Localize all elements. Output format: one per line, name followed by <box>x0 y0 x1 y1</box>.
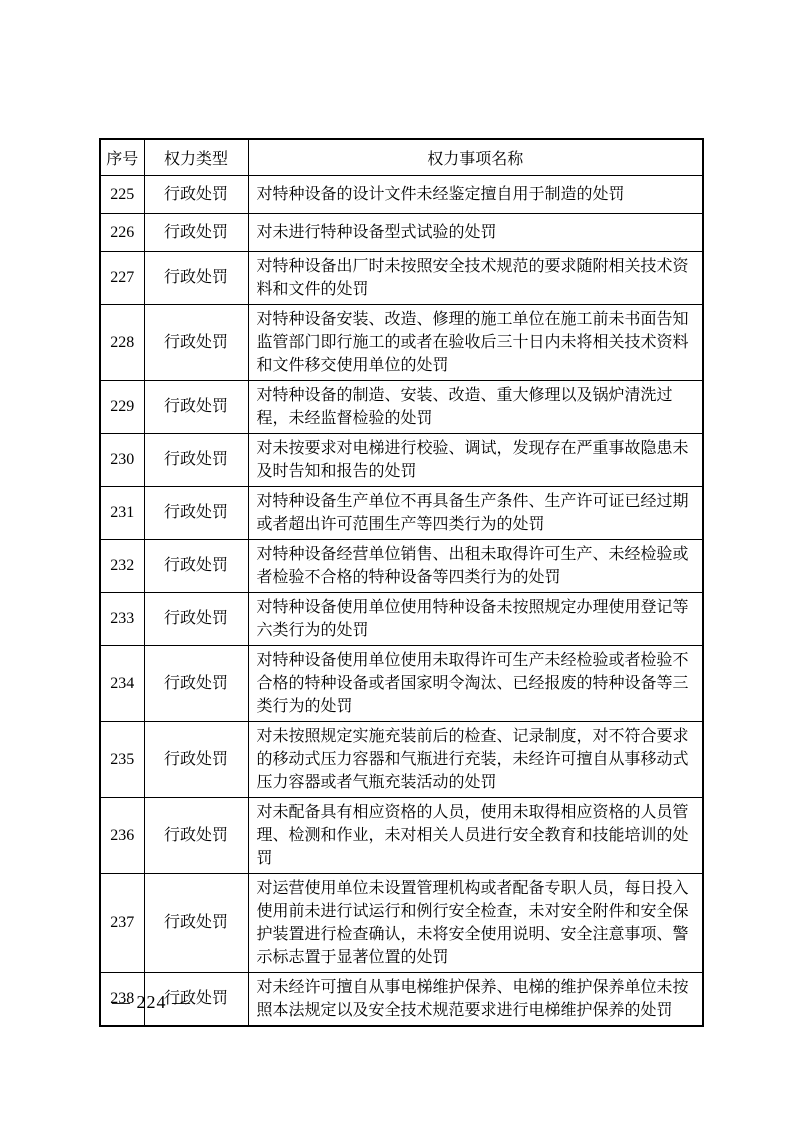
row-power-item-name: 对未经许可擅自从事电梯维护保养、电梯的维护保养单位未按照本法规定以及安全技术规范… <box>248 972 703 1026</box>
row-serial-number: 234 <box>100 645 144 721</box>
row-serial-number: 226 <box>100 213 144 251</box>
page-number-footer: — 224 — <box>112 992 191 1013</box>
table-row: 226 行政处罚 对未进行特种设备型式试验的处罚 <box>100 213 703 251</box>
table-row: 232 行政处罚 对特种设备经营单位销售、出租未取得许可生产、未经检验或者检验不… <box>100 539 703 592</box>
row-power-item-name: 对特种设备的设计文件未经鉴定擅自用于制造的处罚 <box>248 175 703 213</box>
row-power-item-name: 对未配备具有相应资格的人员，使用未取得相应资格的人员管理、检测和作业，未对相关人… <box>248 797 703 873</box>
row-serial-number: 225 <box>100 175 144 213</box>
header-row: 序号 权力类型 权力事项名称 <box>100 139 703 175</box>
row-serial-number: 231 <box>100 486 144 539</box>
row-power-item-name: 对特种设备生产单位不再具备生产条件、生产许可证已经过期或者超出许可范围生产等四类… <box>248 486 703 539</box>
table-row: 236 行政处罚 对未配备具有相应资格的人员，使用未取得相应资格的人员管理、检测… <box>100 797 703 873</box>
row-power-item-name: 对特种设备出厂时未按照安全技术规范的要求随附相关技术资料和文件的处罚 <box>248 251 703 304</box>
row-power-item-name: 对特种设备使用单位使用未取得许可生产未经检验或者检验不合格的特种设备或者国家明令… <box>248 645 703 721</box>
row-power-type: 行政处罚 <box>144 721 248 797</box>
table-row: 228 行政处罚 对特种设备安装、改造、修理的施工单位在施工前未书面告知监管部门… <box>100 304 703 380</box>
row-power-type: 行政处罚 <box>144 251 248 304</box>
row-serial-number: 236 <box>100 797 144 873</box>
row-serial-number: 232 <box>100 539 144 592</box>
row-power-item-name: 对未进行特种设备型式试验的处罚 <box>248 213 703 251</box>
row-power-type: 行政处罚 <box>144 486 248 539</box>
table-row: 235 行政处罚 对未按照规定实施充装前后的检查、记录制度，对不符合要求的移动式… <box>100 721 703 797</box>
header-power-item-name: 权力事项名称 <box>248 139 703 175</box>
row-serial-number: 229 <box>100 380 144 433</box>
table-row: 233 行政处罚 对特种设备使用单位使用特种设备未按照规定办理使用登记等六类行为… <box>100 592 703 645</box>
table-row: 231 行政处罚 对特种设备生产单位不再具备生产条件、生产许可证已经过期或者超出… <box>100 486 703 539</box>
row-power-item-name: 对特种设备使用单位使用特种设备未按照规定办理使用登记等六类行为的处罚 <box>248 592 703 645</box>
row-serial-number: 227 <box>100 251 144 304</box>
header-power-type: 权力类型 <box>144 139 248 175</box>
table-row: 229 行政处罚 对特种设备的制造、安装、改造、重大修理以及锅炉清洗过程，未经监… <box>100 380 703 433</box>
row-power-type: 行政处罚 <box>144 213 248 251</box>
row-power-type: 行政处罚 <box>144 380 248 433</box>
row-power-type: 行政处罚 <box>144 873 248 972</box>
table-row: 227 行政处罚 对特种设备出厂时未按照安全技术规范的要求随附相关技术资料和文件… <box>100 251 703 304</box>
row-power-item-name: 对特种设备安装、改造、修理的施工单位在施工前未书面告知监管部门即行施工的或者在验… <box>248 304 703 380</box>
table-body: 225 行政处罚 对特种设备的设计文件未经鉴定擅自用于制造的处罚 226 行政处… <box>100 175 703 1026</box>
table-row: 234 行政处罚 对特种设备使用单位使用未取得许可生产未经检验或者检验不合格的特… <box>100 645 703 721</box>
table-header: 序号 权力类型 权力事项名称 <box>100 139 703 175</box>
row-serial-number: 235 <box>100 721 144 797</box>
table-row: 225 行政处罚 对特种设备的设计文件未经鉴定擅自用于制造的处罚 <box>100 175 703 213</box>
row-serial-number: 230 <box>100 433 144 486</box>
row-serial-number: 233 <box>100 592 144 645</box>
row-serial-number: 228 <box>100 304 144 380</box>
row-power-type: 行政处罚 <box>144 645 248 721</box>
row-power-item-name: 对未按要求对电梯进行校验、调试，发现存在严重事故隐患未及时告知和报告的处罚 <box>248 433 703 486</box>
table-row: 230 行政处罚 对未按要求对电梯进行校验、调试，发现存在严重事故隐患未及时告知… <box>100 433 703 486</box>
row-power-type: 行政处罚 <box>144 539 248 592</box>
row-power-type: 行政处罚 <box>144 797 248 873</box>
row-power-type: 行政处罚 <box>144 175 248 213</box>
table-row: 237 行政处罚 对运营使用单位未设置管理机构或者配备专职人员，每日投入使用前未… <box>100 873 703 972</box>
row-power-type: 行政处罚 <box>144 592 248 645</box>
row-power-type: 行政处罚 <box>144 304 248 380</box>
row-power-item-name: 对特种设备的制造、安装、改造、重大修理以及锅炉清洗过程，未经监督检验的处罚 <box>248 380 703 433</box>
document-page: 序号 权力类型 权力事项名称 225 行政处罚 对特种设备的设计文件未经鉴定擅自… <box>0 0 793 1122</box>
row-power-item-name: 对未按照规定实施充装前后的检查、记录制度，对不符合要求的移动式压力容器和气瓶进行… <box>248 721 703 797</box>
row-power-type: 行政处罚 <box>144 433 248 486</box>
authority-items-table: 序号 权力类型 权力事项名称 225 行政处罚 对特种设备的设计文件未经鉴定擅自… <box>99 138 704 1027</box>
row-power-item-name: 对特种设备经营单位销售、出租未取得许可生产、未经检验或者检验不合格的特种设备等四… <box>248 539 703 592</box>
row-serial-number: 237 <box>100 873 144 972</box>
row-power-item-name: 对运营使用单位未设置管理机构或者配备专职人员，每日投入使用前未进行试运行和例行安… <box>248 873 703 972</box>
header-serial-number: 序号 <box>100 139 144 175</box>
